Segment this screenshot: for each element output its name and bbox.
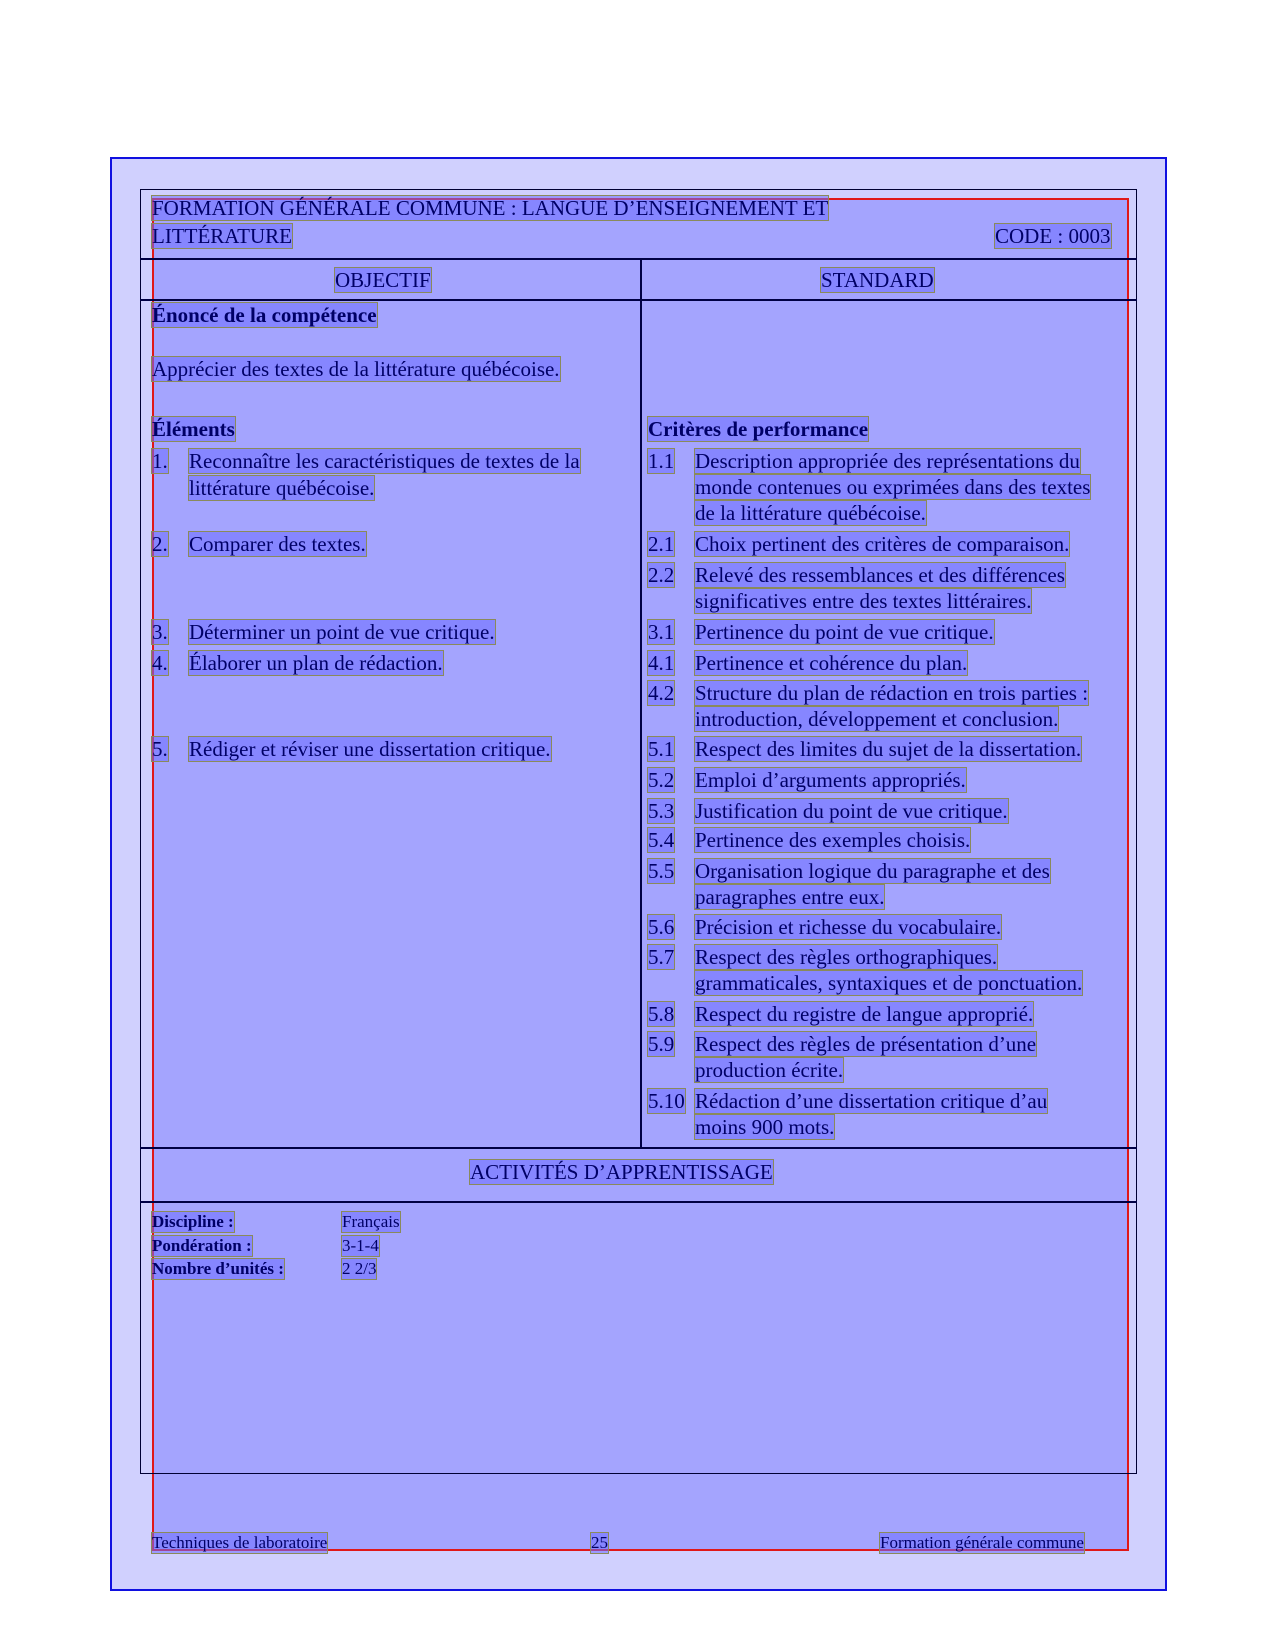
criterion-number: 4.2: [648, 681, 674, 705]
criterion-text: Pertinence du point de vue critique.: [695, 620, 994, 644]
criterion-text: paragraphes entre eux.: [695, 885, 884, 909]
criterion-number: 5.8: [648, 1002, 674, 1026]
criterion-text: Pertinence et cohérence du plan.: [695, 651, 967, 675]
element-text: littérature québécoise.: [189, 476, 374, 500]
column-divider: [640, 258, 642, 1147]
elements-heading: Éléments: [152, 417, 235, 441]
criterion-number: 1.1: [648, 449, 674, 473]
criterion-text: Structure du plan de rédaction en trois …: [695, 681, 1088, 705]
criterion-text: Description appropriée des représentatio…: [695, 449, 1080, 473]
competence-text: Apprécier des textes de la littérature q…: [152, 357, 560, 381]
header-title-line1: FORMATION GÉNÉRALE COMMUNE : LANGUE D’EN…: [152, 196, 828, 220]
criterion-text: grammaticales, syntaxiques et de ponctua…: [695, 971, 1082, 995]
element-text: Déterminer un point de vue critique.: [189, 620, 495, 644]
header-title-line2: LITTÉRATURE: [152, 224, 292, 248]
divider: [140, 1147, 1137, 1149]
criterion-text: de la littérature québécoise.: [695, 501, 926, 525]
criterion-number: 5.6: [648, 915, 674, 939]
criterion-text: Respect du registre de langue approprié.: [695, 1002, 1033, 1026]
units-label: Nombre d’unités :: [152, 1259, 284, 1279]
criterion-number: 5.5: [648, 859, 674, 883]
criterion-text: Relevé des ressemblances et des différen…: [695, 563, 1065, 587]
ponderation-label: Pondération :: [152, 1236, 252, 1256]
criterion-number: 5.4: [648, 828, 674, 852]
units-value: 2 2/3: [342, 1259, 376, 1279]
element-text: Reconnaître les caractéristiques de text…: [189, 449, 580, 473]
criterion-text: production écrite.: [695, 1058, 843, 1082]
criterion-text: introduction, développement et conclusio…: [695, 707, 1058, 731]
criterion-text: Pertinence des exemples choisis.: [695, 828, 970, 852]
criterion-number: 5.10: [648, 1089, 685, 1113]
criterion-text: Rédaction d’une dissertation critique d’…: [695, 1089, 1047, 1113]
criterion-text: Respect des limites du sujet de la disse…: [695, 737, 1081, 761]
criterion-number: 5.2: [648, 768, 674, 792]
header-code: CODE : 0003: [995, 224, 1111, 248]
criterion-text: Respect des règles de présentation d’une: [695, 1032, 1036, 1056]
criterion-number: 4.1: [648, 651, 674, 675]
criterion-text: Choix pertinent des critères de comparai…: [695, 532, 1069, 556]
criterion-number: 5.3: [648, 799, 674, 823]
criterion-text: Organisation logique du paragraphe et de…: [695, 859, 1050, 883]
criterion-number: 5.7: [648, 945, 674, 969]
divider: [140, 258, 1137, 260]
criterion-text: Précision et richesse du vocabulaire.: [695, 915, 1001, 939]
competence-heading: Énoncé de la compétence: [152, 303, 377, 327]
element-number: 1.: [152, 449, 168, 473]
footer-left: Techniques de laboratoire: [152, 1533, 327, 1553]
activities-heading: ACTIVITÉS D’APPRENTISSAGE: [470, 1160, 773, 1184]
criterion-text: Justification du point de vue critique.: [695, 799, 1008, 823]
criterion-text: Respect des règles orthographiques.: [695, 945, 997, 969]
element-text: Rédiger et réviser une dissertation crit…: [189, 737, 551, 761]
column-header-objective: OBJECTIF: [335, 268, 431, 292]
criterion-text: significatives entre des textes littérai…: [695, 589, 1031, 613]
discipline-value: Français: [342, 1212, 400, 1232]
element-number: 3.: [152, 620, 168, 644]
page-number: 25: [591, 1533, 608, 1553]
element-number: 4.: [152, 651, 168, 675]
ponderation-value: 3-1-4: [342, 1236, 379, 1256]
divider: [140, 1201, 1137, 1203]
criterion-number: 5.1: [648, 737, 674, 761]
column-header-standard: STANDARD: [821, 268, 934, 292]
competence-table: [140, 189, 1137, 1474]
criterion-number: 3.1: [648, 620, 674, 644]
criterion-number: 5.9: [648, 1032, 674, 1056]
criterion-text: moins 900 mots.: [695, 1115, 834, 1139]
criteria-heading: Critères de performance: [648, 417, 868, 441]
discipline-label: Discipline :: [152, 1212, 234, 1232]
element-number: 2.: [152, 532, 168, 556]
criterion-text: monde contenues ou exprimées dans des te…: [695, 475, 1090, 499]
element-text: Élaborer un plan de rédaction.: [189, 651, 443, 675]
criterion-number: 2.1: [648, 532, 674, 556]
divider: [140, 299, 1137, 301]
criterion-text: Emploi d’arguments appropriés.: [695, 768, 966, 792]
element-text: Comparer des textes.: [189, 532, 366, 556]
criterion-number: 2.2: [648, 563, 674, 587]
footer-right: Formation générale commune: [880, 1533, 1084, 1553]
element-number: 5.: [152, 737, 168, 761]
